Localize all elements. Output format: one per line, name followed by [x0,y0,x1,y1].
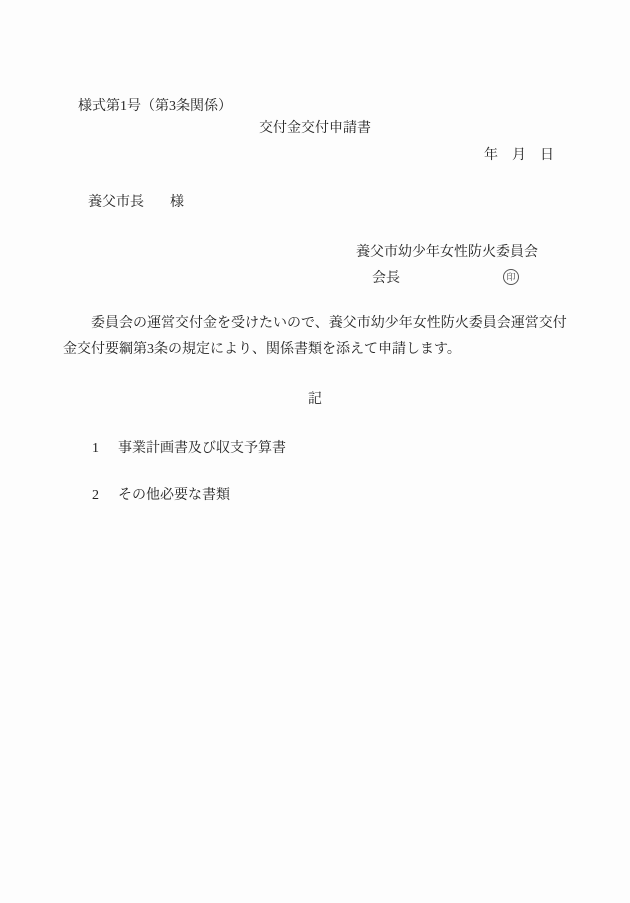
record-heading: 記 [0,391,630,408]
addressee-line: 養父市長様 [88,194,184,211]
document-title: 交付金交付申請書 [0,120,630,137]
body-text-line-2: 金交付要綱第3条の規定により、関係書類を添えて申請します。 [63,341,461,358]
addressee-honorific: 様 [170,195,184,210]
body-text-line-1: 委員会の運営交付金を受けたいので、養父市幼少年女性防火委員会運営交付 [91,315,567,332]
document-page: 様式第1号（第3条関係） 交付金交付申請書 年 月 日 養父市長様 養父市幼少年… [0,0,630,903]
attachment-item: 1事業計画書及び収支予算書 [92,440,286,457]
attachment-item-number: 2 [92,487,118,504]
attachment-item-text: その他必要な書類 [118,488,230,503]
date-line: 年 月 日 [484,147,554,164]
attachment-item: 2その他必要な書類 [92,487,230,504]
sender-organization: 養父市幼少年女性防火委員会 [356,244,538,261]
attachment-item-text: 事業計画書及び収支予算書 [118,441,286,456]
attachment-item-number: 1 [92,440,118,457]
seal-mark: 印 [503,269,519,285]
addressee-name: 養父市長 [88,195,144,210]
sender-role: 会長 [372,270,400,287]
form-number: 様式第1号（第3条関係） [78,98,232,115]
